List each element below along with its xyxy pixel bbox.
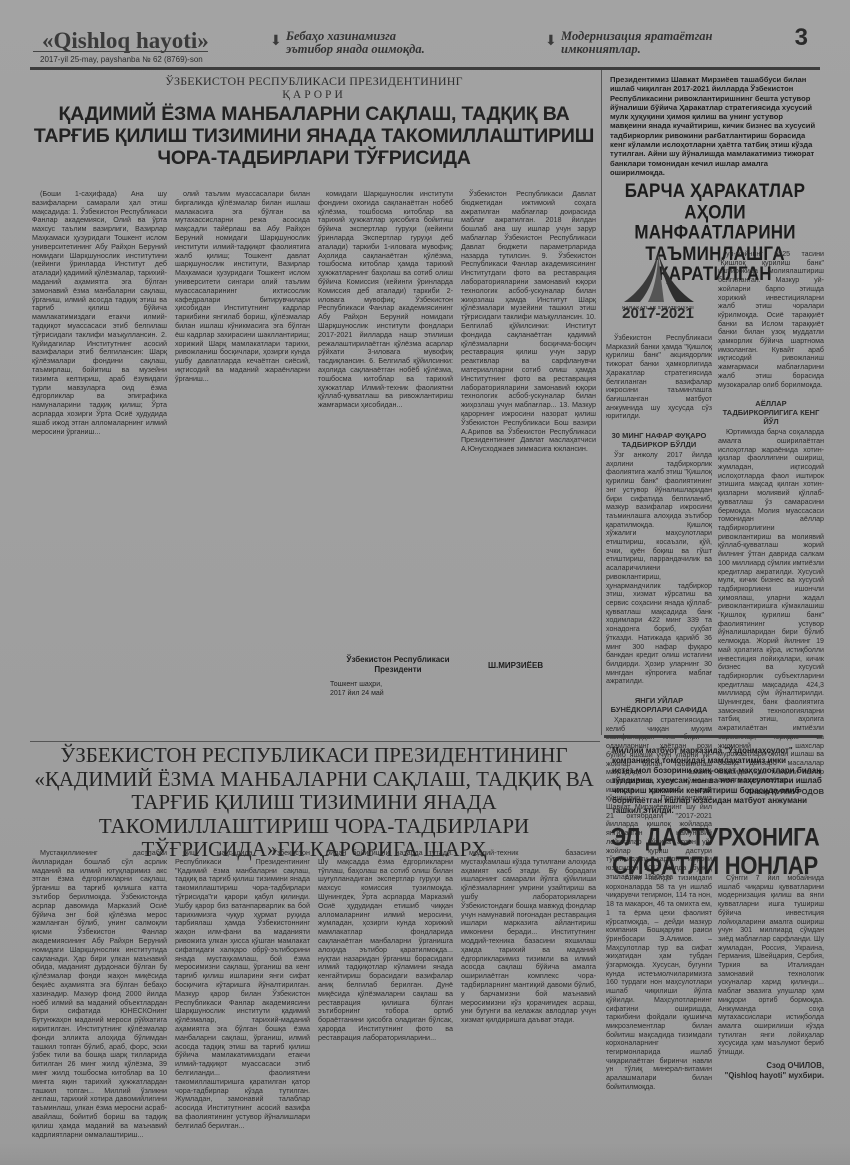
author-role: "Qishloq hayoti" мухбири. bbox=[718, 1071, 824, 1081]
column-divider bbox=[601, 70, 602, 735]
resolution-column-1: (Боши 1-саҳифада) Ана шу вазифаларни сам… bbox=[32, 190, 167, 454]
column-text: (Боши 1-саҳифада) Ана шу вазифаларни сам… bbox=[32, 190, 167, 436]
bread-article-lead: Миллий матбуот марказида "Ўздонмаҳсулот"… bbox=[606, 742, 824, 816]
bread-article-headline: ЭЛ ДАСТУРХОНИГА СИФАТЛИ НОНЛАР bbox=[606, 822, 824, 880]
bank-article-text: уй-жойнинг 6525 тасини "Қишлоқ қурилиш б… bbox=[718, 250, 824, 389]
strategy-logo: HARAKATLAR STRATEGIYASI 2017-2021 bbox=[606, 250, 712, 330]
newspaper-page: «Qishloq hayoti» 2017-yil 25-may, paysha… bbox=[0, 0, 850, 1165]
subheading-new-homes: ЯНГИ УЙЛАР БУНЁДКОРЛАРИ САФИДА bbox=[606, 696, 712, 714]
bank-article-text: Юртимизда барча соҳаларда амалга оширила… bbox=[718, 428, 824, 785]
resolution-columns: (Боши 1-саҳифада) Ана шу вазифаларни сам… bbox=[32, 190, 598, 454]
resolution-column-4: Ўзбекистон Республикаси Давлат бюджетида… bbox=[461, 190, 596, 454]
resolution-kicker: ЎЗБЕКИСТОН РЕСПУБЛИКАСИ ПРЕЗИДЕНТИНИНГ bbox=[28, 74, 600, 89]
subheading-women-entrepreneurship: АЁЛЛАР ТАДБИРКОРЛИГИГА КЕНГ ЙЎЛ bbox=[718, 399, 824, 426]
column-text: комидаги Шарқшунослик институти фондини … bbox=[318, 190, 453, 410]
teaser-2[interactable]: Модернизация яратаётган имкониятлар. bbox=[561, 30, 736, 56]
commentary-headline: ЎЗБЕКИСТОН РЕСПУБЛИКАСИ ПРЕЗИДЕНТИНИНГ «… bbox=[28, 744, 600, 862]
page-edge-shadow bbox=[0, 1142, 850, 1165]
signature-place-date: Тошкент шаҳри, 2017 йил 24 май bbox=[330, 681, 384, 698]
signature-name: Ш.МИРЗИЁЕВ bbox=[488, 661, 543, 670]
column-text: моддий-техник базасини мустаҳкамлаш кўзд… bbox=[461, 849, 596, 1025]
bread-article-column-2: Сўнгги 7 йил мобайнида ишлаб чиқариш қув… bbox=[718, 874, 824, 1092]
resolution-article: ЎЗБЕКИСТОН РЕСПУБЛИКАСИ ПРЕЗИДЕНТИНИНГ Қ… bbox=[28, 70, 600, 760]
issue-date-line: 2017-yil 25-may, payshanba № 62 (8769)-s… bbox=[40, 55, 203, 64]
column-text: олий таълим муассасалари билан биргаликд… bbox=[175, 190, 310, 384]
bread-article-column-1: – Айни пайтда тизимдаги корхоналарда 58 … bbox=[606, 874, 712, 1092]
arrow-down-icon: ⬇ bbox=[270, 32, 282, 49]
bread-article-author: Сзод ОЧИЛОВ, "Qishloq hayoti" мухбири. bbox=[718, 1061, 824, 1081]
bank-article-intro: Ўзбекистон Республикаси Марказий банки ҳ… bbox=[606, 334, 712, 421]
commentary-column-2: риш мақсадида Ўзбекистон Республикаси Пр… bbox=[175, 849, 310, 1139]
bank-article: Президентимиз Шавкат Мирзиёев ташаббуси … bbox=[606, 72, 824, 280]
resolution-headline: ҚАДИМИЙ ЁЗМА МАНБАЛАРНИ САҚЛАШ, ТАДҚИҚ В… bbox=[28, 103, 600, 169]
commentary-columns: Мустақилликнинг дастлабки йилларидан бош… bbox=[32, 849, 598, 1139]
resolution-column-3: комидаги Шарқшунослик институти фондини … bbox=[318, 190, 453, 454]
commentary-column-1: Мустақилликнинг дастлабки йилларидан бош… bbox=[32, 849, 167, 1139]
resolution-column-2: олий таълим муассасалари билан биргаликд… bbox=[175, 190, 310, 454]
resolution-kicker-2: ҚАРОРИ bbox=[28, 89, 600, 101]
strategy-logo-years: 2017-2021 bbox=[612, 310, 704, 319]
masthead: «Qishloq hayoti» 2017-yil 25-may, paysha… bbox=[30, 22, 820, 66]
strategy-logo-icon bbox=[606, 250, 712, 306]
teaser-1[interactable]: Бебаҳо хазинамизга эътибор янада ошмоқда… bbox=[286, 30, 436, 56]
column-text: Сўнгги 7 йил мобайнида ишлаб чиқариш қув… bbox=[718, 874, 824, 1057]
column-text: Мустақилликнинг дастлабки йилларидан бош… bbox=[32, 849, 167, 1139]
bank-article-text: Ўзг анжолу 2017 йилда аҳолини тадбиркорл… bbox=[606, 451, 712, 686]
signature-org: Ўзбекистон Республикаси Президенти bbox=[328, 655, 468, 675]
sidebar-divider bbox=[604, 735, 822, 738]
signature-date: 2017 йил 24 май bbox=[330, 690, 384, 699]
commentary-article: ЎЗБЕКИСТОН РЕСПУБЛИКАСИ ПРЕЗИДЕНТИНИНГ «… bbox=[28, 742, 600, 1162]
column-text: Ўзбекистон Республикаси Давлат бюджетида… bbox=[461, 190, 596, 454]
masthead-rule bbox=[33, 51, 208, 52]
signature-place: Тошкент шаҳри, bbox=[330, 681, 384, 690]
resolution-signature: Ўзбекистон Республикаси Президенти Ш.МИР… bbox=[328, 655, 608, 715]
column-text: риш мақсадида Ўзбекистон Республикаси Пр… bbox=[175, 849, 310, 1131]
column-text: – Айни пайтда тизимдаги корхоналарда 58 … bbox=[606, 874, 712, 1092]
subheading-30-thousand: 30 МИНГ НАФАР ФУҚАРО ТАДБИРКОР БЎЛДИ bbox=[606, 431, 712, 449]
column-text: бидан бойитишни назарда тутади. Шу мақса… bbox=[318, 849, 453, 1043]
author-name: Сзод ОЧИЛОВ, bbox=[718, 1061, 824, 1071]
arrow-down-icon: ⬇ bbox=[545, 32, 557, 49]
bank-article-lead: Президентимиз Шавкат Мирзиёев ташаббуси … bbox=[606, 72, 824, 177]
page-number: 3 bbox=[795, 24, 808, 52]
commentary-column-4: моддий-техник базасини мустаҳкамлаш кўзд… bbox=[461, 849, 596, 1139]
commentary-column-3: бидан бойитишни назарда тутади. Шу мақса… bbox=[318, 849, 453, 1139]
bread-article-columns: – Айни пайтда тизимдаги корхоналарда 58 … bbox=[606, 874, 824, 1092]
bread-article: Миллий матбуот марказида "Ўздонмаҳсулот"… bbox=[606, 742, 824, 876]
